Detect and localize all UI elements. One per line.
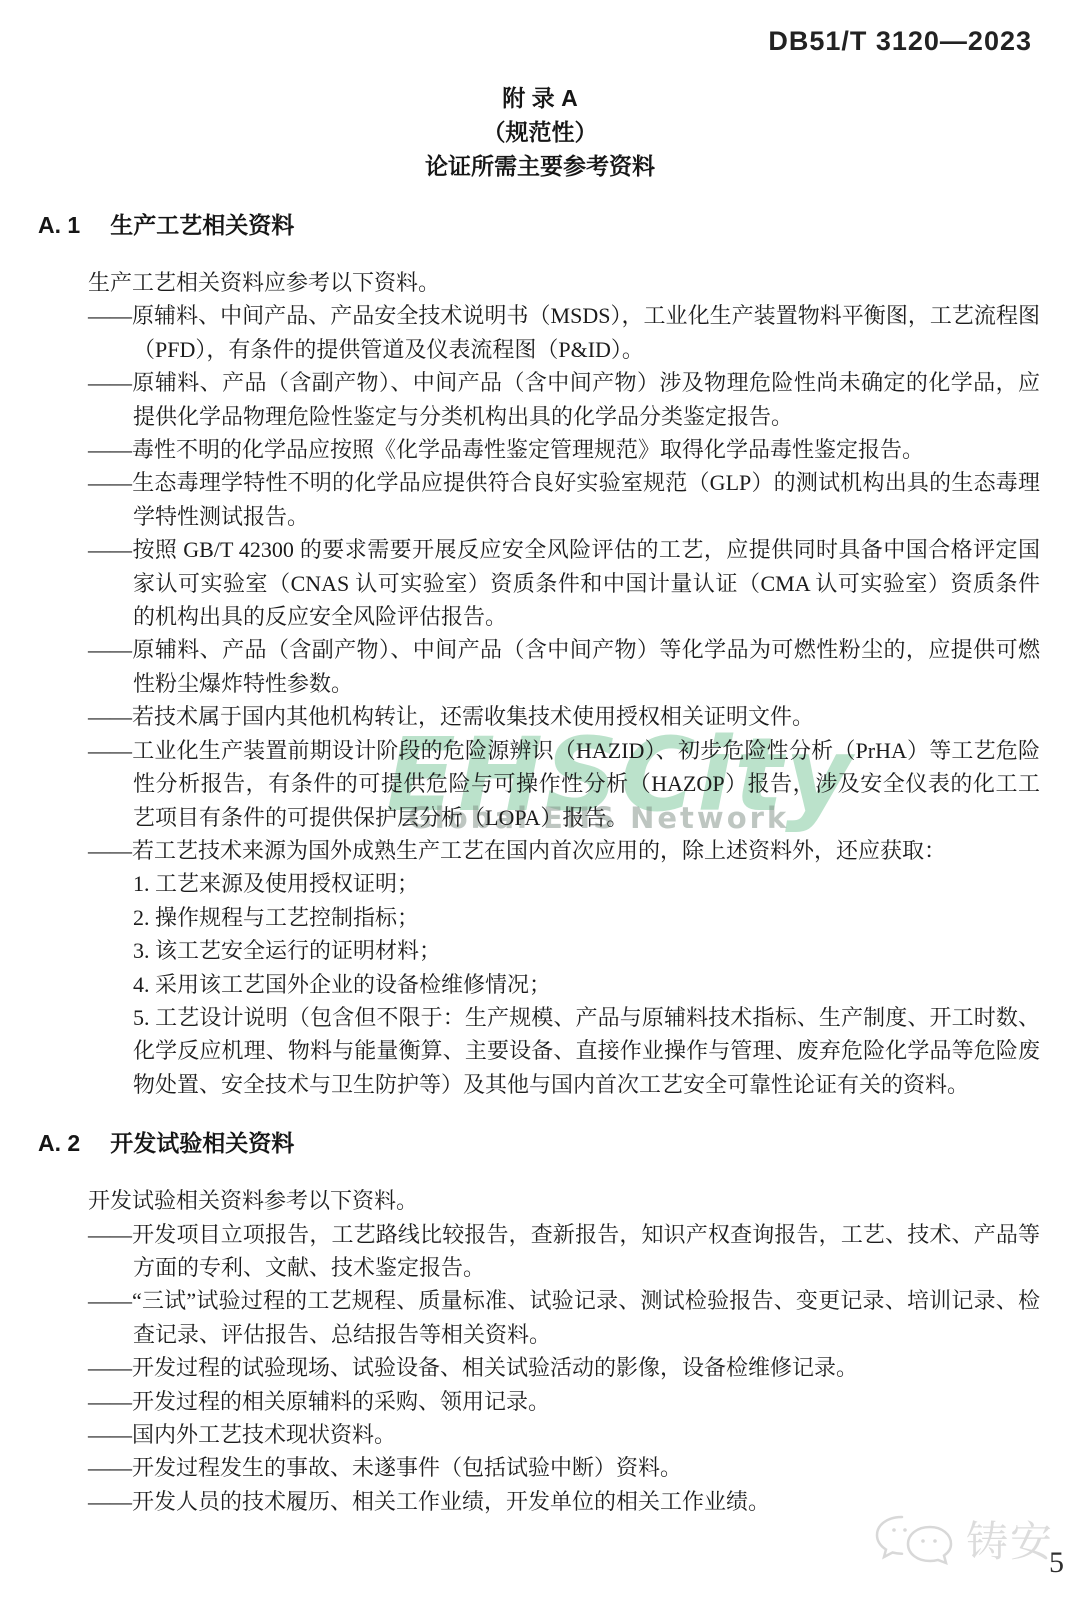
list-item: ——若工艺技术来源为国外成熟生产工艺在国内首次应用的，除上述资料外，还应获取： <box>88 834 1040 867</box>
section-title: 开发试验相关资料 <box>110 1130 294 1156</box>
sub-list-item: 1. 工艺来源及使用授权证明； <box>133 867 1040 900</box>
appendix-title-block: 附 录 A （规范性） 论证所需主要参考资料 <box>0 81 1080 183</box>
document-page: EHSCity Global EHS Network DB51/T 3120—2… <box>0 0 1080 1598</box>
list-item: ——国内外工艺技术现状资料。 <box>88 1418 1040 1451</box>
list-item: ——若技术属于国内其他机构转让，还需收集技术使用授权相关证明文件。 <box>88 700 1040 733</box>
watermark-label: 铸安 <box>966 1521 1054 1563</box>
list-item: ——原辅料、产品（含副产物）、中间产品（含中间产物）涉及物理危险性尚未确定的化学… <box>88 366 1040 433</box>
section-intro: 开发试验相关资料参考以下资料。 <box>88 1184 1040 1217</box>
section-body: 开发试验相关资料参考以下资料。 ——开发项目立项报告，工艺路线比较报告，查新报告… <box>0 1184 1080 1518</box>
sub-list-item: 3. 该工艺安全运行的证明材料； <box>133 934 1040 967</box>
list-item: ——开发项目立项报告，工艺路线比较报告，查新报告，知识产权查询报告，工艺、技术、… <box>88 1218 1040 1285</box>
page-number: 5 <box>1049 1546 1064 1580</box>
appendix-subject: 论证所需主要参考资料 <box>0 149 1080 183</box>
section-intro: 生产工艺相关资料应参考以下资料。 <box>88 266 1040 299</box>
sub-list-item: 2. 操作规程与工艺控制指标； <box>133 901 1040 934</box>
wechat-icon <box>872 1511 958 1572</box>
section-heading: A. 1生产工艺相关资料 <box>38 210 1040 240</box>
list-item: ——开发人员的技术履历、相关工作业绩，开发单位的相关工作业绩。 <box>88 1485 1040 1518</box>
section-heading: A. 2开发试验相关资料 <box>38 1128 1040 1158</box>
section: A. 1生产工艺相关资料 生产工艺相关资料应参考以下资料。 ——原辅料、中间产品… <box>0 210 1080 1101</box>
appendix-type-note: （规范性） <box>0 115 1080 149</box>
list-item: ——开发过程的相关原辅料的采购、领用记录。 <box>88 1385 1040 1418</box>
zhuan-watermark: 铸安 <box>872 1511 1054 1572</box>
section-items: ——开发项目立项报告，工艺路线比较报告，查新报告，知识产权查询报告，工艺、技术、… <box>0 1218 1080 1519</box>
list-item: ——开发过程发生的事故、未遂事件（包括试验中断）资料。 <box>88 1451 1040 1484</box>
section: A. 2开发试验相关资料 开发试验相关资料参考以下资料。 ——开发项目立项报告，… <box>0 1128 1080 1518</box>
list-item: ——毒性不明的化学品应按照《化学品毒性鉴定管理规范》取得化学品毒性鉴定报告。 <box>88 433 1040 466</box>
section-title: 生产工艺相关资料 <box>110 212 294 238</box>
section-items: ——原辅料、中间产品、产品安全技术说明书（MSDS），工业化生产装置物料平衡图，… <box>0 299 1080 1101</box>
document-content: DB51/T 3120—2023 附 录 A （规范性） 论证所需主要参考资料 … <box>0 0 1080 1518</box>
list-item: ——生态毒理学特性不明的化学品应提供符合良好实验室规范（GLP）的测试机构出具的… <box>88 466 1040 533</box>
section-body: 生产工艺相关资料应参考以下资料。 ——原辅料、中间产品、产品安全技术说明书（MS… <box>0 266 1080 1101</box>
section-id: A. 1 <box>38 212 80 238</box>
sub-list-item: 5. 工艺设计说明（包含但不限于：生产规模、产品与原辅料技术指标、生产制度、开工… <box>133 1001 1040 1101</box>
list-item: ——按照 GB/T 42300 的要求需要开展反应安全风险评估的工艺，应提供同时… <box>88 533 1040 633</box>
sub-list-item: 4. 采用该工艺国外企业的设备检维修情况； <box>133 968 1040 1001</box>
list-item: ——开发过程的试验现场、试验设备、相关试验活动的影像，设备检维修记录。 <box>88 1351 1040 1384</box>
sections: A. 1生产工艺相关资料 生产工艺相关资料应参考以下资料。 ——原辅料、中间产品… <box>0 210 1080 1518</box>
list-item: ——“三试”试验过程的工艺规程、质量标准、试验记录、测试检验报告、变更记录、培训… <box>88 1284 1040 1351</box>
list-item: ——工业化生产装置前期设计阶段的危险源辨识（HAZID）、初步危险性分析（PrH… <box>88 734 1040 834</box>
standard-code: DB51/T 3120—2023 <box>0 0 1080 57</box>
list-item: ——原辅料、中间产品、产品安全技术说明书（MSDS），工业化生产装置物料平衡图，… <box>88 299 1040 366</box>
section-id: A. 2 <box>38 1130 80 1156</box>
appendix-title: 附 录 A <box>0 81 1080 115</box>
list-item: ——原辅料、产品（含副产物）、中间产品（含中间产物）等化学品为可燃性粉尘的，应提… <box>88 633 1040 700</box>
